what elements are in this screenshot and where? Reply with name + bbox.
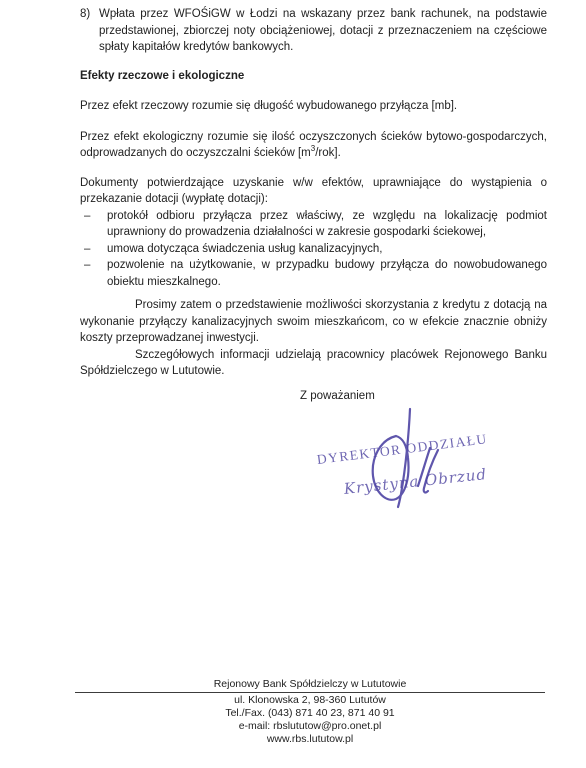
section-heading: Efekty rzeczowe i ekologiczne [80, 68, 547, 85]
dash-marker: – [84, 208, 90, 225]
paragraph-prosimy: Prosimy zatem o przedstawienie możliwośc… [80, 297, 547, 347]
requirements-list: – protokół odbioru przyłącza przez właśc… [80, 208, 547, 291]
footer-email: e-mail: rbslututow@pro.onet.pl [75, 720, 545, 733]
list-item-text: protokół odbioru przyłącza przez właściw… [107, 210, 547, 239]
letterhead-footer: Rejonowy Bank Spółdzielczy w Lututowie u… [75, 678, 545, 746]
item-number: 8) [80, 6, 90, 23]
valediction: Z poważaniem [300, 390, 375, 402]
letter-body: 8) Wpłata przez WFOŚiGW w Łodzi na wskaz… [80, 6, 547, 380]
paragraph-efekt-rzeczowy: Przez efekt rzeczowy rozumie się długość… [80, 98, 547, 115]
dash-marker: – [84, 241, 90, 258]
list-item: – protokół odbioru przyłącza przez właśc… [80, 208, 547, 241]
numbered-item-8: 8) Wpłata przez WFOŚiGW w Łodzi na wskaz… [80, 6, 547, 56]
para-ekologiczny-tail: /rok]. [315, 147, 341, 159]
footer-bank-name: Rejonowy Bank Spółdzielczy w Lututowie [75, 678, 545, 693]
list-item: – pozwolenie na użytkowanie, w przypadku… [80, 257, 547, 290]
dash-marker: – [84, 257, 90, 274]
list-item-text: umowa dotycząca świadczenia usług kanali… [107, 243, 383, 255]
footer-address: ul. Klonowska 2, 98-360 Lututów [75, 693, 545, 707]
item-text: Wpłata przez WFOŚiGW w Łodzi na wskazany… [99, 8, 547, 53]
paragraph-efekt-ekologiczny: Przez efekt ekologiczny rozumie się iloś… [80, 129, 547, 162]
paragraph-dokumenty: Dokumenty potwierdzające uzyskanie w/w e… [80, 175, 547, 208]
list-item-text: pozwolenie na użytkowanie, w przypadku b… [107, 259, 547, 288]
scanned-letter-page: 8) Wpłata przez WFOŚiGW w Łodzi na wskaz… [0, 0, 586, 768]
handwritten-signature [352, 406, 472, 521]
list-item: – umowa dotycząca świadczenia usług kana… [80, 241, 547, 258]
footer-website: www.rbs.lututow.pl [75, 733, 545, 746]
paragraph-szczegolowych: Szczegółowych informacji udzielają praco… [80, 347, 547, 380]
closing-paragraphs: Prosimy zatem o przedstawienie możliwośc… [80, 297, 547, 380]
signature-strokes [373, 409, 438, 507]
footer-phone: Tel./Fax. (043) 871 40 23, 871 40 91 [75, 707, 545, 720]
